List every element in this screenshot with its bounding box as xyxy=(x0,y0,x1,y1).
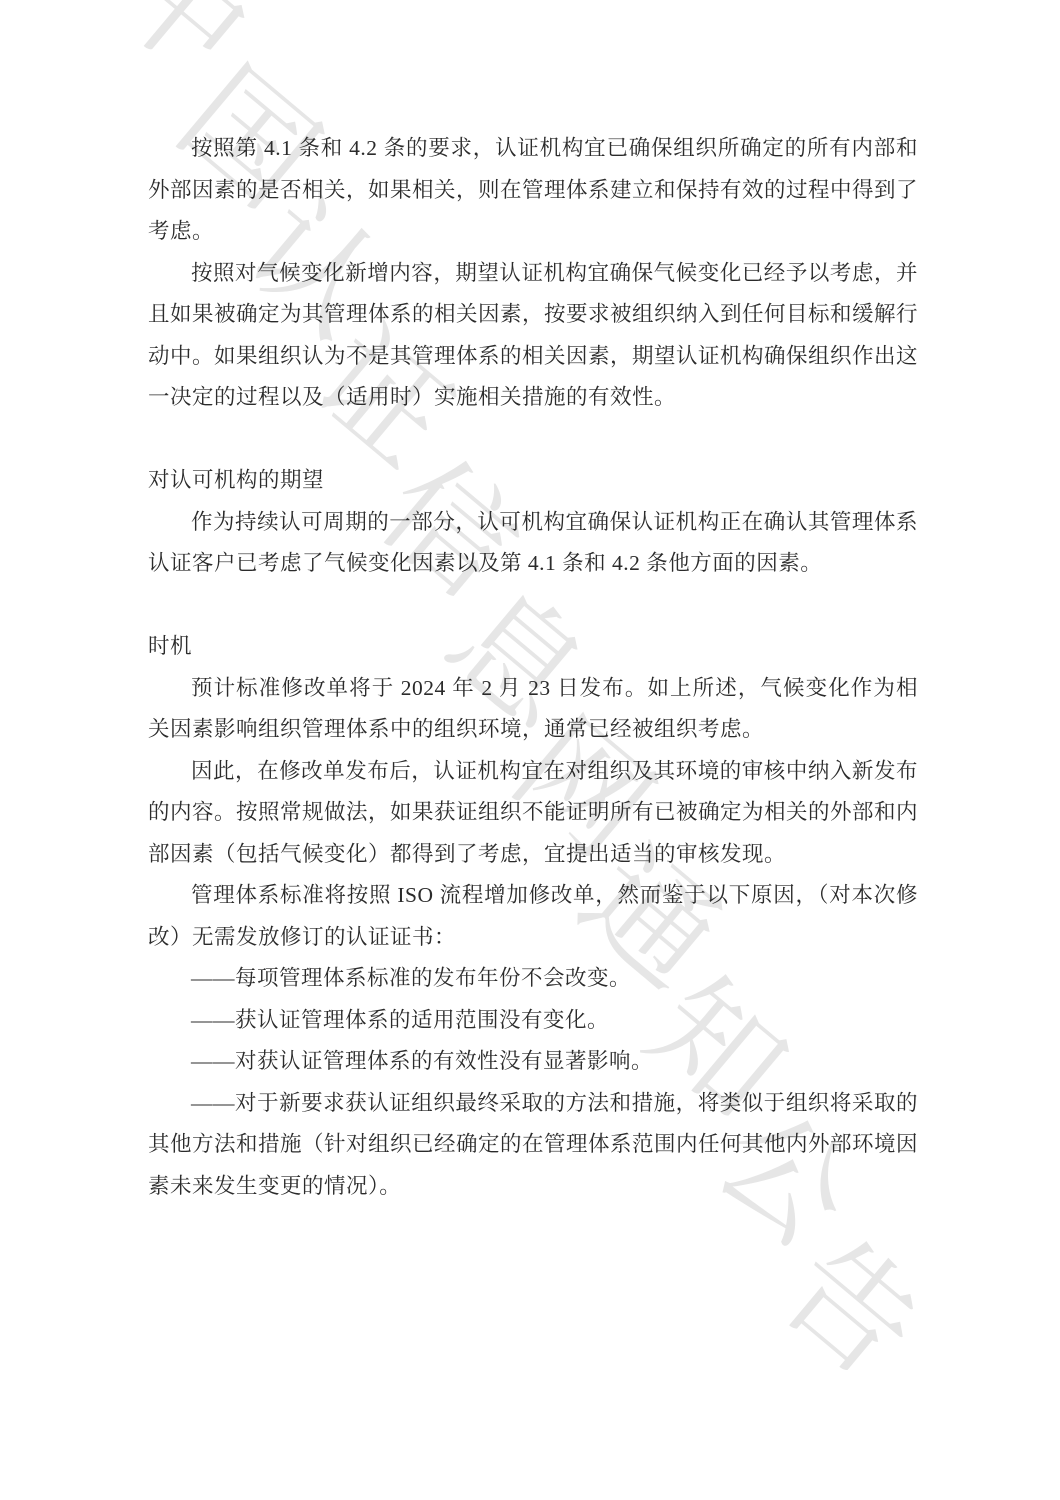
section-heading: 对认可机构的期望 xyxy=(148,460,918,502)
watermark-char: 告 xyxy=(751,1211,948,1408)
paragraph: 按照第 4.1 条和 4.2 条的要求，认证机构宜已确保组织所确定的所有内部和外… xyxy=(148,128,918,253)
document-page: 中国认证信息网通知公告 按照第 4.1 条和 4.2 条的要求，认证机构宜已确保… xyxy=(0,0,1060,1500)
watermark-char: 中 xyxy=(81,0,278,109)
document-content: 按照第 4.1 条和 4.2 条的要求，认证机构宜已确保组织所确定的所有内部和外… xyxy=(148,128,918,1207)
paragraph: 管理体系标准将按照 ISO 流程增加修改单，然而鉴于以下原因，（对本次修改）无需… xyxy=(148,875,918,958)
paragraph: 因此，在修改单发布后，认证机构宜在对组织及其环境的审核中纳入新发布的内容。按照常… xyxy=(148,751,918,876)
paragraph: 作为持续认可周期的一部分，认可机构宜确保认证机构正在确认其管理体系认证客户已考虑… xyxy=(148,502,918,585)
dash-item: ——每项管理体系标准的发布年份不会改变。 xyxy=(148,958,918,1000)
dash-item: ——获认证管理体系的适用范围没有变化。 xyxy=(148,1000,918,1042)
dash-item: ——对获认证管理体系的有效性没有显著影响。 xyxy=(148,1041,918,1083)
paragraph: 预计标准修改单将于 2024 年 2 月 23 日发布。如上所述，气候变化作为相… xyxy=(148,668,918,751)
paragraph: 按照对气候变化新增内容，期望认证机构宜确保气候变化已经予以考虑，并且如果被确定为… xyxy=(148,253,918,419)
dash-item: ——对于新要求获认证组织最终采取的方法和措施，将类似于组织将采取的其他方法和措施… xyxy=(148,1083,918,1208)
section-heading: 时机 xyxy=(148,626,918,668)
